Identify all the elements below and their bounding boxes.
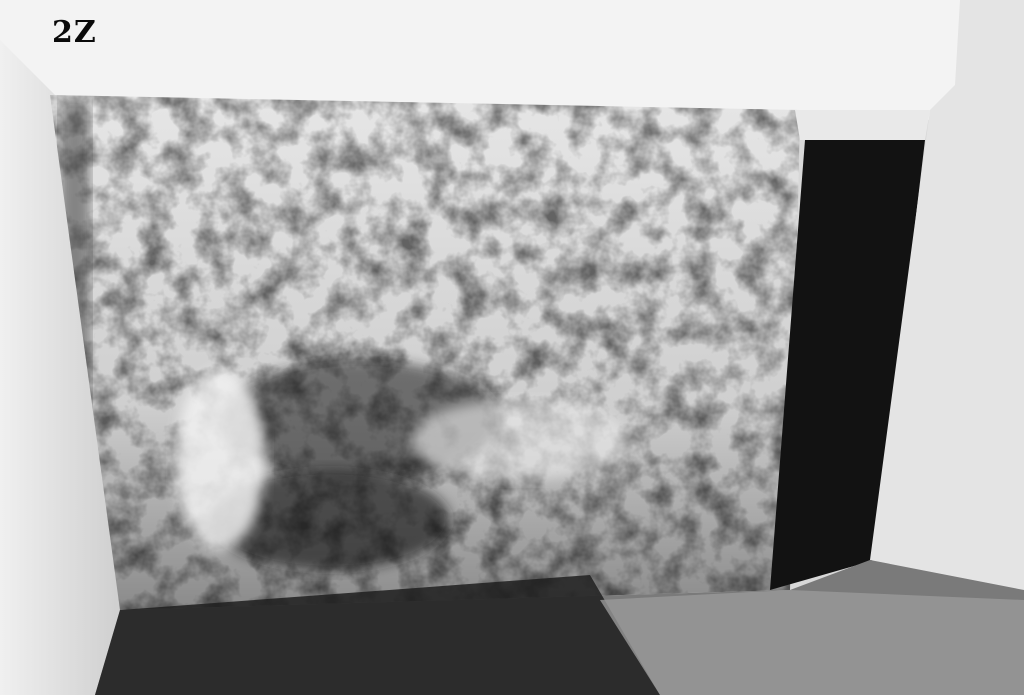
photograph [0, 0, 1024, 695]
photo-label: 2Z [52, 18, 97, 48]
